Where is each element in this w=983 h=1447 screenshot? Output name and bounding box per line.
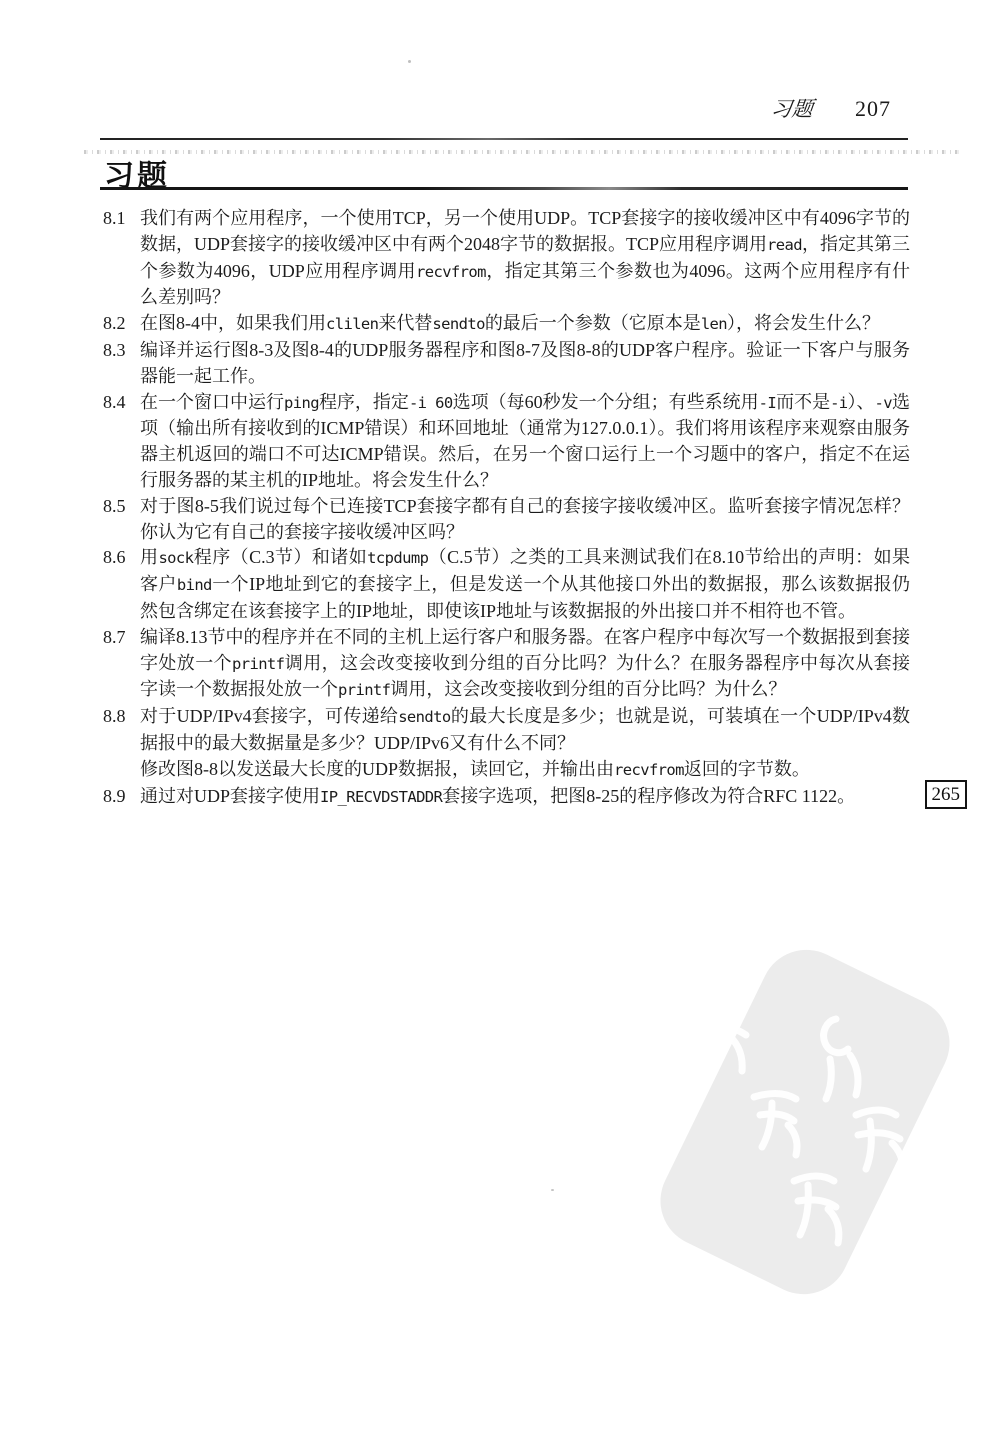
exercise-paragraph: 编译8.13节中的程序并在不同的主机上运行客户和服务器。在客户程序中每次写一个数…	[140, 625, 910, 704]
text-run: ），将会发生什么？	[727, 313, 880, 333]
text-run: 程序（C.3节）和诸如	[193, 547, 367, 567]
code-token: sock	[158, 549, 193, 567]
text-run: 修改图8-8以发送最大长度的UDP数据报，读回它，并输出由	[140, 759, 614, 779]
exercise-text: 在图8-4中，如果我们用clilen来代替sendto的最后一个参数（它原本是l…	[140, 311, 910, 338]
exercise-item: 8.7编译8.13节中的程序并在不同的主机上运行客户和服务器。在客户程序中每次写…	[103, 625, 910, 704]
code-token: clilen	[326, 315, 378, 333]
exercise-list: 8.1我们有两个应用程序，一个使用TCP，另一个使用UDP。TCP套接字的接收缓…	[103, 206, 910, 810]
exercise-item: 8.6用sock程序（C.3节）和诸如tcpdump（C.5节）之类的工具来测试…	[103, 545, 910, 624]
exercise-paragraph: 编译并运行图8-3及图8-4的UDP服务器程序和图8-7及图8-8的UDP客户程…	[140, 338, 910, 390]
code-token: IP_RECVDSTADDR	[320, 788, 442, 806]
code-token: -i	[830, 394, 847, 412]
scan-speck	[408, 60, 411, 63]
text-run: 套接字选项，把图8-25的程序修改为符合RFC 1122。	[442, 786, 855, 806]
exercise-paragraph: 用sock程序（C.3节）和诸如tcpdump（C.5节）之类的工具来测试我们在…	[140, 545, 910, 624]
scan-speck	[551, 1189, 554, 1191]
exercise-number: 8.9	[103, 784, 140, 811]
text-run: ）、	[848, 392, 875, 412]
exercise-text: 对于图8-5我们说过每个已连接TCP套接字都有自己的套接字接收缓冲区。监听套接字…	[140, 494, 910, 546]
running-header: 习题 207	[771, 93, 891, 123]
code-token: -I	[759, 394, 776, 412]
exercise-paragraph: 在一个窗口中运行ping程序，指定-i 60选项（每60秒发一个分组；有些系统用…	[140, 390, 910, 494]
page-ref-box: 265	[925, 780, 968, 809]
exercise-paragraph: 我们有两个应用程序，一个使用TCP，另一个使用UDP。TCP套接字的接收缓冲区中…	[140, 206, 910, 311]
text-run: 的最后一个参数（它原本是	[485, 313, 701, 333]
code-token: bind	[177, 576, 212, 594]
text-run: 在一个窗口中运行	[140, 392, 284, 412]
exercise-number: 8.8	[103, 704, 140, 783]
code-token: len	[701, 315, 727, 333]
code-token: sendto	[432, 315, 484, 333]
exercise-number: 8.7	[103, 625, 140, 704]
text-run: 程序，指定	[319, 392, 409, 412]
exercise-number: 8.6	[103, 545, 140, 624]
exercise-paragraph: 修改图8-8以发送最大长度的UDP数据报，读回它，并输出由recvfrom返回的…	[140, 757, 910, 784]
text-run: 用	[140, 547, 158, 567]
text-run: 对于图8-5我们说过每个已连接TCP套接字都有自己的套接字接收缓冲区。监听套接字…	[140, 496, 910, 542]
exercise-number: 8.4	[103, 390, 140, 494]
scan-speck	[141, 796, 143, 798]
exercise-item: 8.2在图8-4中，如果我们用clilen来代替sendto的最后一个参数（它原…	[103, 311, 910, 338]
exercise-number: 8.2	[103, 311, 140, 338]
code-token: printf	[338, 681, 390, 699]
exercise-text: 通过对UDP套接字使用IP_RECVDSTADDR套接字选项，把图8-25的程序…	[140, 784, 910, 811]
running-header-chapter: 习题	[769, 93, 814, 123]
code-token: read	[767, 236, 802, 254]
text-run: 而不是	[776, 392, 830, 412]
exercise-paragraph: 对于UDP/IPv4套接字，可传递给sendto的最大长度是多少；也就是说，可装…	[140, 704, 910, 757]
exercise-item: 8.9通过对UDP套接字使用IP_RECVDSTADDR套接字选项，把图8-25…	[103, 784, 910, 811]
header-rule	[100, 138, 908, 140]
text-run: 在图8-4中，如果我们用	[140, 313, 326, 333]
exercise-item: 8.1我们有两个应用程序，一个使用TCP，另一个使用UDP。TCP套接字的接收缓…	[103, 206, 910, 311]
exercise-number: 8.3	[103, 338, 140, 390]
seal-calligraphy-watermark-icon	[660, 975, 980, 1295]
exercise-item: 8.3编译并运行图8-3及图8-4的UDP服务器程序和图8-7及图8-8的UDP…	[103, 338, 910, 390]
code-token: recvfrom	[416, 263, 486, 281]
exercise-paragraph: 通过对UDP套接字使用IP_RECVDSTADDR套接字选项，把图8-25的程序…	[140, 784, 910, 811]
exercise-text: 编译并运行图8-3及图8-4的UDP服务器程序和图8-7及图8-8的UDP客户程…	[140, 338, 910, 390]
text-run: 一个IP地址到它的套接字上，但是发送一个从其他接口外出的数据报，那么该数据报仍然…	[140, 574, 910, 621]
text-run: 通过对UDP套接字使用	[140, 786, 320, 806]
exercise-text: 用sock程序（C.3节）和诸如tcpdump（C.5节）之类的工具来测试我们在…	[140, 545, 910, 624]
exercise-item: 8.8对于UDP/IPv4套接字，可传递给sendto的最大长度是多少；也就是说…	[103, 704, 910, 783]
scan-artifact-band	[84, 150, 962, 154]
exercise-text: 编译8.13节中的程序并在不同的主机上运行客户和服务器。在客户程序中每次写一个数…	[140, 625, 910, 704]
exercise-number: 8.1	[103, 206, 140, 311]
exercise-paragraph: 在图8-4中，如果我们用clilen来代替sendto的最后一个参数（它原本是l…	[140, 311, 910, 338]
section-title-rule	[100, 187, 908, 190]
text-run: 调用，这会改变接收到分组的百分比吗？为什么？	[390, 679, 786, 699]
exercise-number: 8.5	[103, 494, 140, 546]
code-token: -i 60	[409, 394, 453, 412]
exercise-paragraph: 对于图8-5我们说过每个已连接TCP套接字都有自己的套接字接收缓冲区。监听套接字…	[140, 494, 910, 546]
text-run: 编译并运行图8-3及图8-4的UDP服务器程序和图8-7及图8-8的UDP客户程…	[140, 340, 910, 386]
watermark-blob	[645, 934, 965, 1309]
code-token: ping	[284, 394, 319, 412]
scanned-book-page: 习题 207 习题 8.1我们有两个应用程序，一个使用TCP，另一个使用UDP。…	[0, 0, 983, 1447]
watermark-pdg-label: PDG	[892, 1173, 971, 1234]
text-run: 来代替	[378, 313, 432, 333]
code-token: recvfrom	[614, 761, 684, 779]
text-run: 返回的字节数。	[684, 759, 810, 779]
exercise-text: 我们有两个应用程序，一个使用TCP，另一个使用UDP。TCP套接字的接收缓冲区中…	[140, 206, 910, 311]
running-header-page-number: 207	[855, 96, 891, 122]
exercise-text: 在一个窗口中运行ping程序，指定-i 60选项（每60秒发一个分组；有些系统用…	[140, 390, 910, 494]
text-run: 选项（每60秒发一个分组；有些系统用	[453, 392, 759, 412]
code-token: -v	[875, 394, 892, 412]
text-run: 对于UDP/IPv4套接字，可传递给	[140, 706, 398, 726]
code-token: sendto	[398, 708, 450, 726]
exercise-item: 8.4在一个窗口中运行ping程序，指定-i 60选项（每60秒发一个分组；有些…	[103, 390, 910, 494]
exercise-text: 对于UDP/IPv4套接字，可传递给sendto的最大长度是多少；也就是说，可装…	[140, 704, 910, 783]
code-token: printf	[232, 655, 284, 673]
exercise-item: 8.5对于图8-5我们说过每个已连接TCP套接字都有自己的套接字接收缓冲区。监听…	[103, 494, 910, 546]
code-token: tcpdump	[367, 549, 428, 567]
